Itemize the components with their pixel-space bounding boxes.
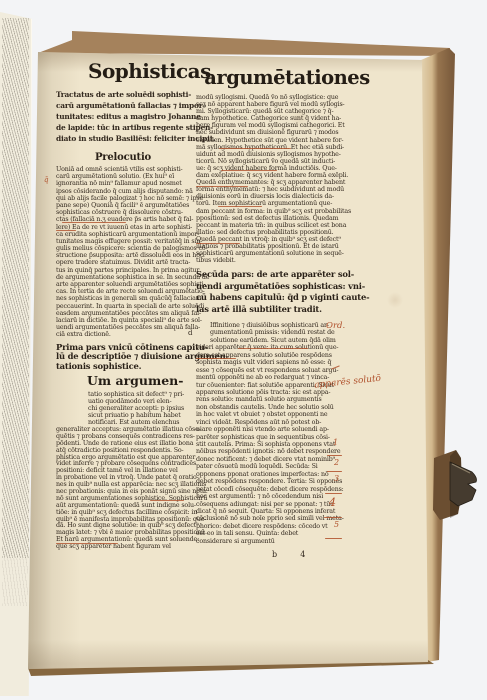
red-underline (221, 170, 277, 171)
margin-ink-stroke (325, 493, 342, 494)
margin-number-4: 4 (329, 496, 336, 509)
chapter-paragraph-indented: tatio sophistica sit defect⁹ ⁊ pri-uatio… (88, 391, 190, 426)
cautelae-paragraph: Iffinitione ⁊ diuisiōibus sophisticarū a… (196, 322, 330, 545)
margin-ink-stroke (327, 455, 342, 456)
margin-ink-stroke (327, 471, 342, 472)
red-underline (62, 222, 126, 223)
initial-guide-letter: d (188, 329, 192, 337)
chapter-opening-words: Um argumen- (87, 373, 183, 388)
red-underline (196, 186, 248, 187)
clasp-metal-catch (450, 462, 477, 506)
part2-heading: Secūda pars: de arte apparēter sol-uendi… (196, 269, 336, 315)
red-underline (56, 543, 118, 544)
continuation-paragraph: modū syllogismi. Quedā v̄o nō syllogisti… (196, 94, 330, 264)
part1-heading: Prima pars vnicū cōtinens capitu-lū de d… (56, 343, 196, 371)
book-photo: Sophisticas argumētationes Tractatus de … (0, 0, 487, 700)
previous-leaf-text-texture (2, 18, 29, 558)
margin-number-1: 1 (333, 438, 338, 447)
margin-number-2: 2 (334, 458, 339, 467)
red-underline (150, 500, 184, 501)
running-title-left: Sophisticas (88, 59, 204, 83)
red-underline (56, 230, 76, 231)
margin-number-3: 3 (334, 474, 339, 483)
prelocutio-heading: Prelocutio (56, 152, 190, 163)
red-underline (218, 206, 262, 207)
margin-note-ord: Ord. (326, 321, 345, 331)
margin-guide-letter-q: q̄ (44, 176, 48, 184)
red-underline (196, 358, 236, 359)
previous-leaf-text-texture-lower (2, 558, 28, 606)
prelocutio-paragraph: Uoniā ad omnē scientiā vtilis est sophis… (56, 166, 190, 339)
red-underline (238, 348, 308, 349)
previous-leaf-edge (0, 12, 32, 696)
quire-signature: b 4 (272, 550, 311, 559)
book-clasp (414, 432, 484, 532)
incipit-paragraph: Tractatus de arte soluēdi sophisti-carū … (56, 89, 190, 144)
red-underline (219, 148, 291, 149)
chapter-paragraph: generaliter acceptus: argumētatio illati… (56, 427, 190, 551)
red-underline (196, 243, 240, 244)
margin-number-5: 5 (334, 520, 339, 529)
margin-ink-stroke (324, 517, 342, 518)
running-title-right: argumētationes (194, 66, 380, 89)
margin-ink-stroke (325, 538, 342, 539)
